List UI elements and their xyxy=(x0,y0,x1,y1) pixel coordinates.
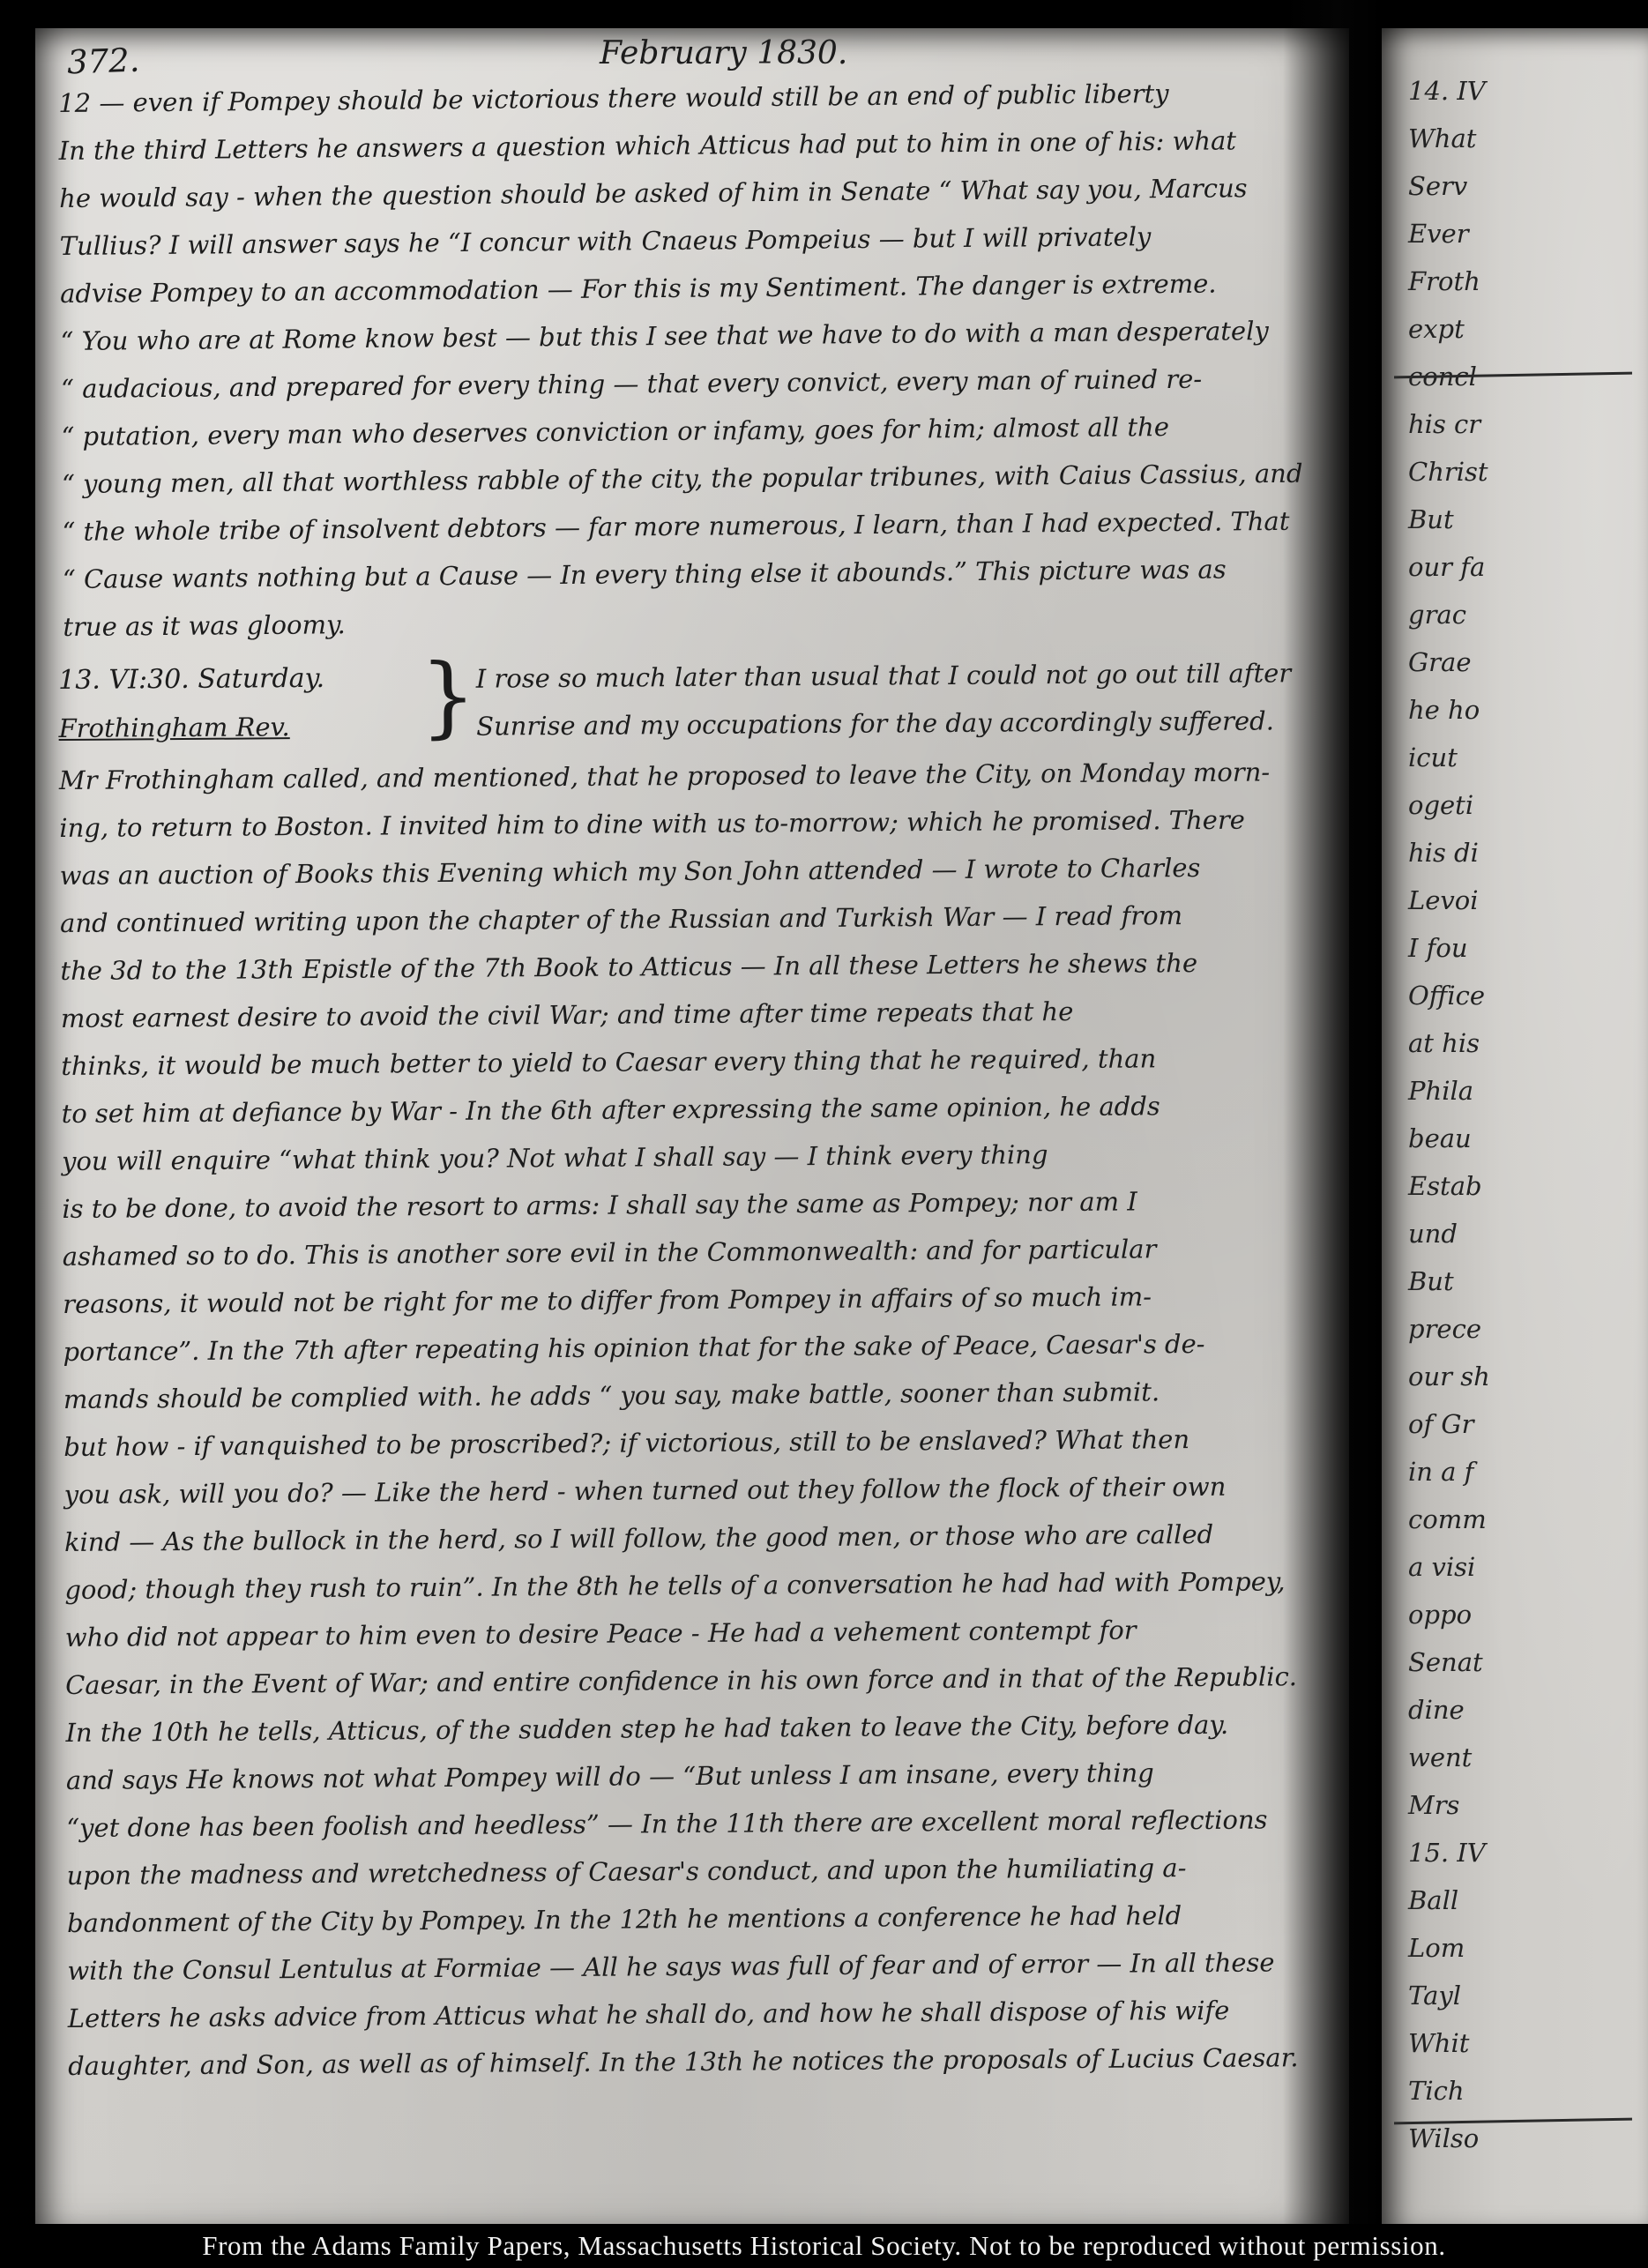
entry-date-line: 13. VI:30. Saturday. xyxy=(58,653,420,705)
margin-note: Frothingham Rev. xyxy=(58,703,420,751)
manuscript-line: good; though they rush to ruin”. In the … xyxy=(64,1557,1352,1614)
sliver-line-fragment: Ever xyxy=(1408,210,1648,257)
brace-glyph: } xyxy=(420,650,476,742)
sliver-line-fragment: oppo xyxy=(1408,1591,1648,1638)
entry-12-lines: 12 — even if Pompey should be victorious… xyxy=(58,68,1347,651)
sliver-line-fragment: Ball xyxy=(1408,1876,1648,1924)
sliver-line-fragment: ogeti xyxy=(1408,781,1648,829)
sliver-line-fragment: at his xyxy=(1408,1019,1648,1067)
sliver-line-fragment: went xyxy=(1408,1734,1648,1781)
sliver-line-fragment: our sh xyxy=(1408,1353,1648,1400)
sliver-line-fragment: beau xyxy=(1408,1115,1648,1162)
sliver-line-fragment: Phila xyxy=(1408,1067,1648,1115)
sliver-line-fragment: Christ xyxy=(1408,448,1648,496)
sliver-line-fragment: icut xyxy=(1408,734,1648,781)
entry-13: 13. VI:30. Saturday. Frothingham Rev. } … xyxy=(58,647,1355,2090)
manuscript-line: I rose so much later than usual that I c… xyxy=(476,649,1292,702)
entry-13-header: 13. VI:30. Saturday. Frothingham Rev. } … xyxy=(58,647,1346,753)
sliver-line-fragment: Estab xyxy=(1408,1162,1648,1210)
sliver-line-fragment: he ho xyxy=(1408,686,1648,734)
sliver-line-fragment: und xyxy=(1408,1210,1648,1257)
header-date: February 1830. xyxy=(600,35,847,71)
sliver-line-fragment: Senat xyxy=(1408,1638,1648,1686)
sliver-line-fragment: Office xyxy=(1408,972,1648,1019)
manuscript-line: Sunrise and my occupations for the day a… xyxy=(476,697,1292,750)
sliver-line-fragment: 14. IV xyxy=(1408,67,1648,115)
sliver-line-fragment: What xyxy=(1408,115,1648,162)
diary-page: 372. February 1830. 12 — even if Pompey … xyxy=(35,28,1349,2227)
sliver-line-fragment: prece xyxy=(1408,1305,1648,1353)
sliver-line-fragment: Mrs xyxy=(1408,1781,1648,1829)
sliver-line-fragment: I fou xyxy=(1408,924,1648,972)
entry-13-left-column: 13. VI:30. Saturday. Frothingham Rev. xyxy=(58,653,421,751)
sliver-line-fragment: Whit xyxy=(1408,2019,1648,2067)
sliver-line-fragment: grac xyxy=(1408,591,1648,638)
sliver-line-fragment: Serv xyxy=(1408,162,1648,210)
sliver-line-fragment: his cr xyxy=(1408,400,1648,448)
sliver-line-fragment: a visi xyxy=(1408,1543,1648,1591)
page-number: 372. xyxy=(66,41,140,82)
manuscript-line: the 3d to the 13th Epistle of the 7th Bo… xyxy=(60,938,1347,995)
sliver-line-fragment: Tayl xyxy=(1408,1972,1648,2019)
sliver-line-fragment: his di xyxy=(1408,829,1648,877)
manuscript-line: true as it was gloomy. xyxy=(63,592,1346,651)
sliver-line-fragment: expt xyxy=(1408,305,1648,353)
sliver-line-fragment: Froth xyxy=(1408,257,1648,305)
sliver-line-fragment: Tich xyxy=(1408,2067,1648,2115)
sliver-line-fragment: our fa xyxy=(1408,543,1648,591)
manuscript-line: daughter, and Son, as well as of himself… xyxy=(68,2033,1355,2090)
sliver-line-fragment: Grae xyxy=(1408,638,1648,686)
sliver-line-fragment: dine xyxy=(1408,1686,1648,1734)
manuscript-line: In the 10th he tells, Atticus, of the su… xyxy=(65,1700,1353,1757)
attribution-caption: From the Adams Family Papers, Massachuse… xyxy=(202,2230,1445,2262)
sliver-line-fragment: Lom xyxy=(1408,1924,1648,1972)
next-page-sliver: 14. IVWhatServEverFrothexptconclhis crCh… xyxy=(1382,28,1648,2227)
manuscript-line: to set him at defiance by War - In the 6… xyxy=(61,1081,1348,1138)
sliver-line-fragment: 15. IV xyxy=(1408,1829,1648,1876)
sliver-line-fragment: Levoi xyxy=(1408,877,1648,924)
attribution-bar: From the Adams Family Papers, Massachuse… xyxy=(0,2224,1648,2268)
entry-13-lines: Mr Frothingham called, and mentioned, th… xyxy=(59,748,1356,2090)
entry-12: 12 — even if Pompey should be victorious… xyxy=(58,68,1347,651)
sliver-line-fragment: of Gr xyxy=(1408,1400,1648,1448)
next-page-line-fragments: 14. IVWhatServEverFrothexptconclhis crCh… xyxy=(1382,28,1648,2162)
sliver-line-fragment: But xyxy=(1408,496,1648,543)
sliver-line-fragment: in a f xyxy=(1408,1448,1648,1496)
entry-13-opening-lines: I rose so much later than usual that I c… xyxy=(476,647,1292,750)
sliver-line-fragment: But xyxy=(1408,1257,1648,1305)
sliver-line-fragment: comm xyxy=(1408,1496,1648,1543)
